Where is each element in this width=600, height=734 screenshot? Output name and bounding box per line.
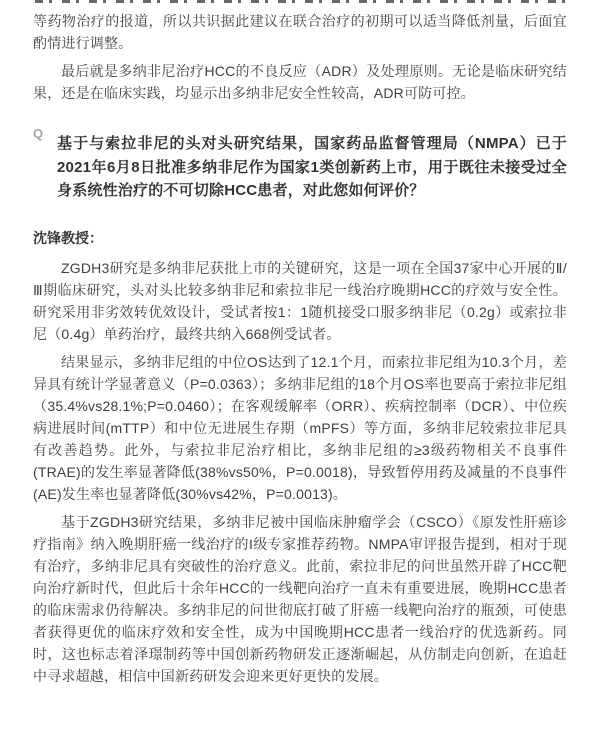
question-block: Q 基于与索拉非尼的头对头研究结果，国家药品监督管理局（NMPA）已于2021年…: [33, 132, 567, 203]
answer-paragraph-results: 结果显示，多纳非尼组的中位OS达到了12.1个月，而索拉非尼组为10.3个月，差…: [33, 351, 567, 505]
speaker-name: 沈锋教授：: [33, 227, 567, 249]
answer-paragraph-zgdh3-design: ZGDH3研究是多纳非尼获批上市的关键研究，这是一项在全国37家中心开展的Ⅱ/Ⅲ…: [33, 257, 567, 345]
answer-paragraph-significance: 基于ZGDH3研究结果，多纳非尼被中国临床肿瘤学会（CSCO）《原发性肝癌诊疗指…: [33, 511, 567, 687]
clipped-previous-text-line: [35, 0, 565, 3]
question-marker: Q: [33, 126, 43, 141]
paragraph-adr-summary: 最后就是多纳非尼治疗HCC的不良反应（ADR）及处理原则。无论是临床研究结果，还…: [33, 60, 567, 104]
paragraph-continuation: 等药物治疗的报道，所以共识据此建议在联合治疗的初期可以适当降低剂量，后面宜酌情进…: [33, 10, 567, 54]
article-page: 等药物治疗的报道，所以共识据此建议在联合治疗的初期可以适当降低剂量，后面宜酌情进…: [0, 0, 600, 734]
question-text: 基于与索拉非尼的头对头研究结果，国家药品监督管理局（NMPA）已于2021年6月…: [57, 132, 567, 203]
